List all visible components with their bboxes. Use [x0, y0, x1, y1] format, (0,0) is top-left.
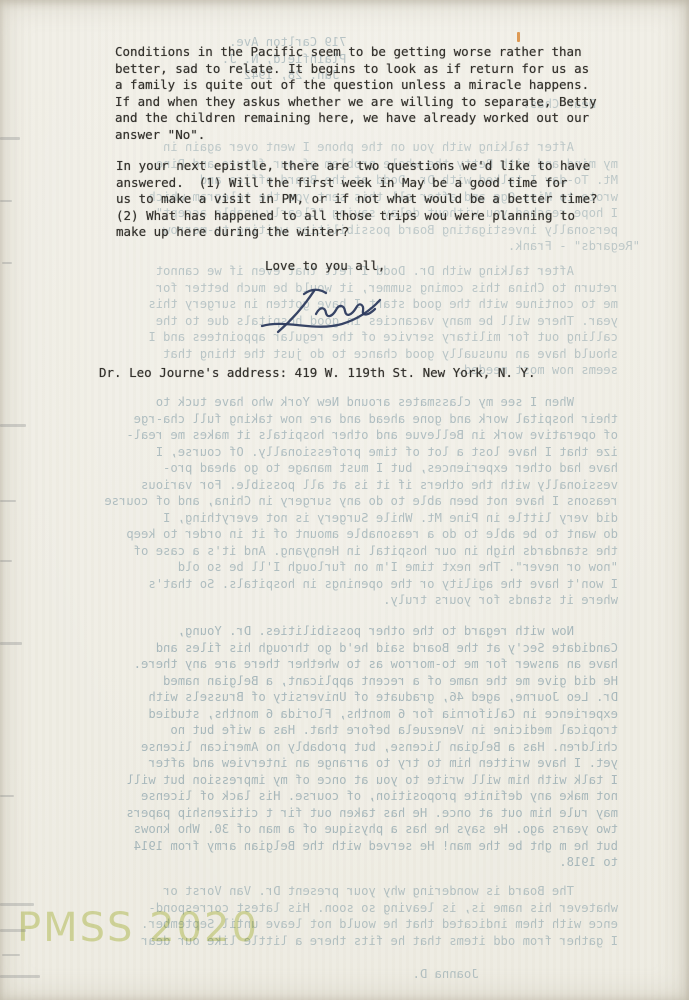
scan-mark: [0, 795, 14, 797]
letter-page: 719 Carlton Ave. Plainfield, N. J. Jan. …: [0, 0, 689, 1000]
scan-mark: [0, 642, 22, 645]
scan-mark: [2, 262, 12, 264]
scan-mark: [0, 903, 34, 906]
scan-mark: [0, 929, 26, 932]
scan-mark: [0, 137, 20, 140]
scan-mark: [0, 500, 16, 502]
paragraph-two-questions: In your next epistle, there are two ques…: [116, 158, 598, 241]
orange-ink-tick: [517, 32, 520, 42]
bleedthrough-paragraph-classmates: When I see my classmates around New York…: [50, 394, 640, 609]
paragraph-pacific-conditions: Conditions in the Pacific seem to be get…: [115, 44, 597, 144]
pmss-watermark: PMSS 2020: [17, 908, 259, 948]
handwritten-signature-frank: [258, 284, 392, 340]
address-line: Dr. Leo Journe's address: 419 W. 119th S…: [99, 365, 536, 382]
scan-mark: [0, 200, 12, 202]
bleedthrough-paragraph-journe: Now with regard to the other possibiliti…: [50, 623, 640, 871]
scan-mark: [0, 975, 40, 978]
scan-mark: [0, 560, 12, 562]
scan-mark: [0, 424, 26, 427]
closing-line: Love to you all,: [265, 258, 385, 275]
scan-mark: [2, 954, 20, 956]
